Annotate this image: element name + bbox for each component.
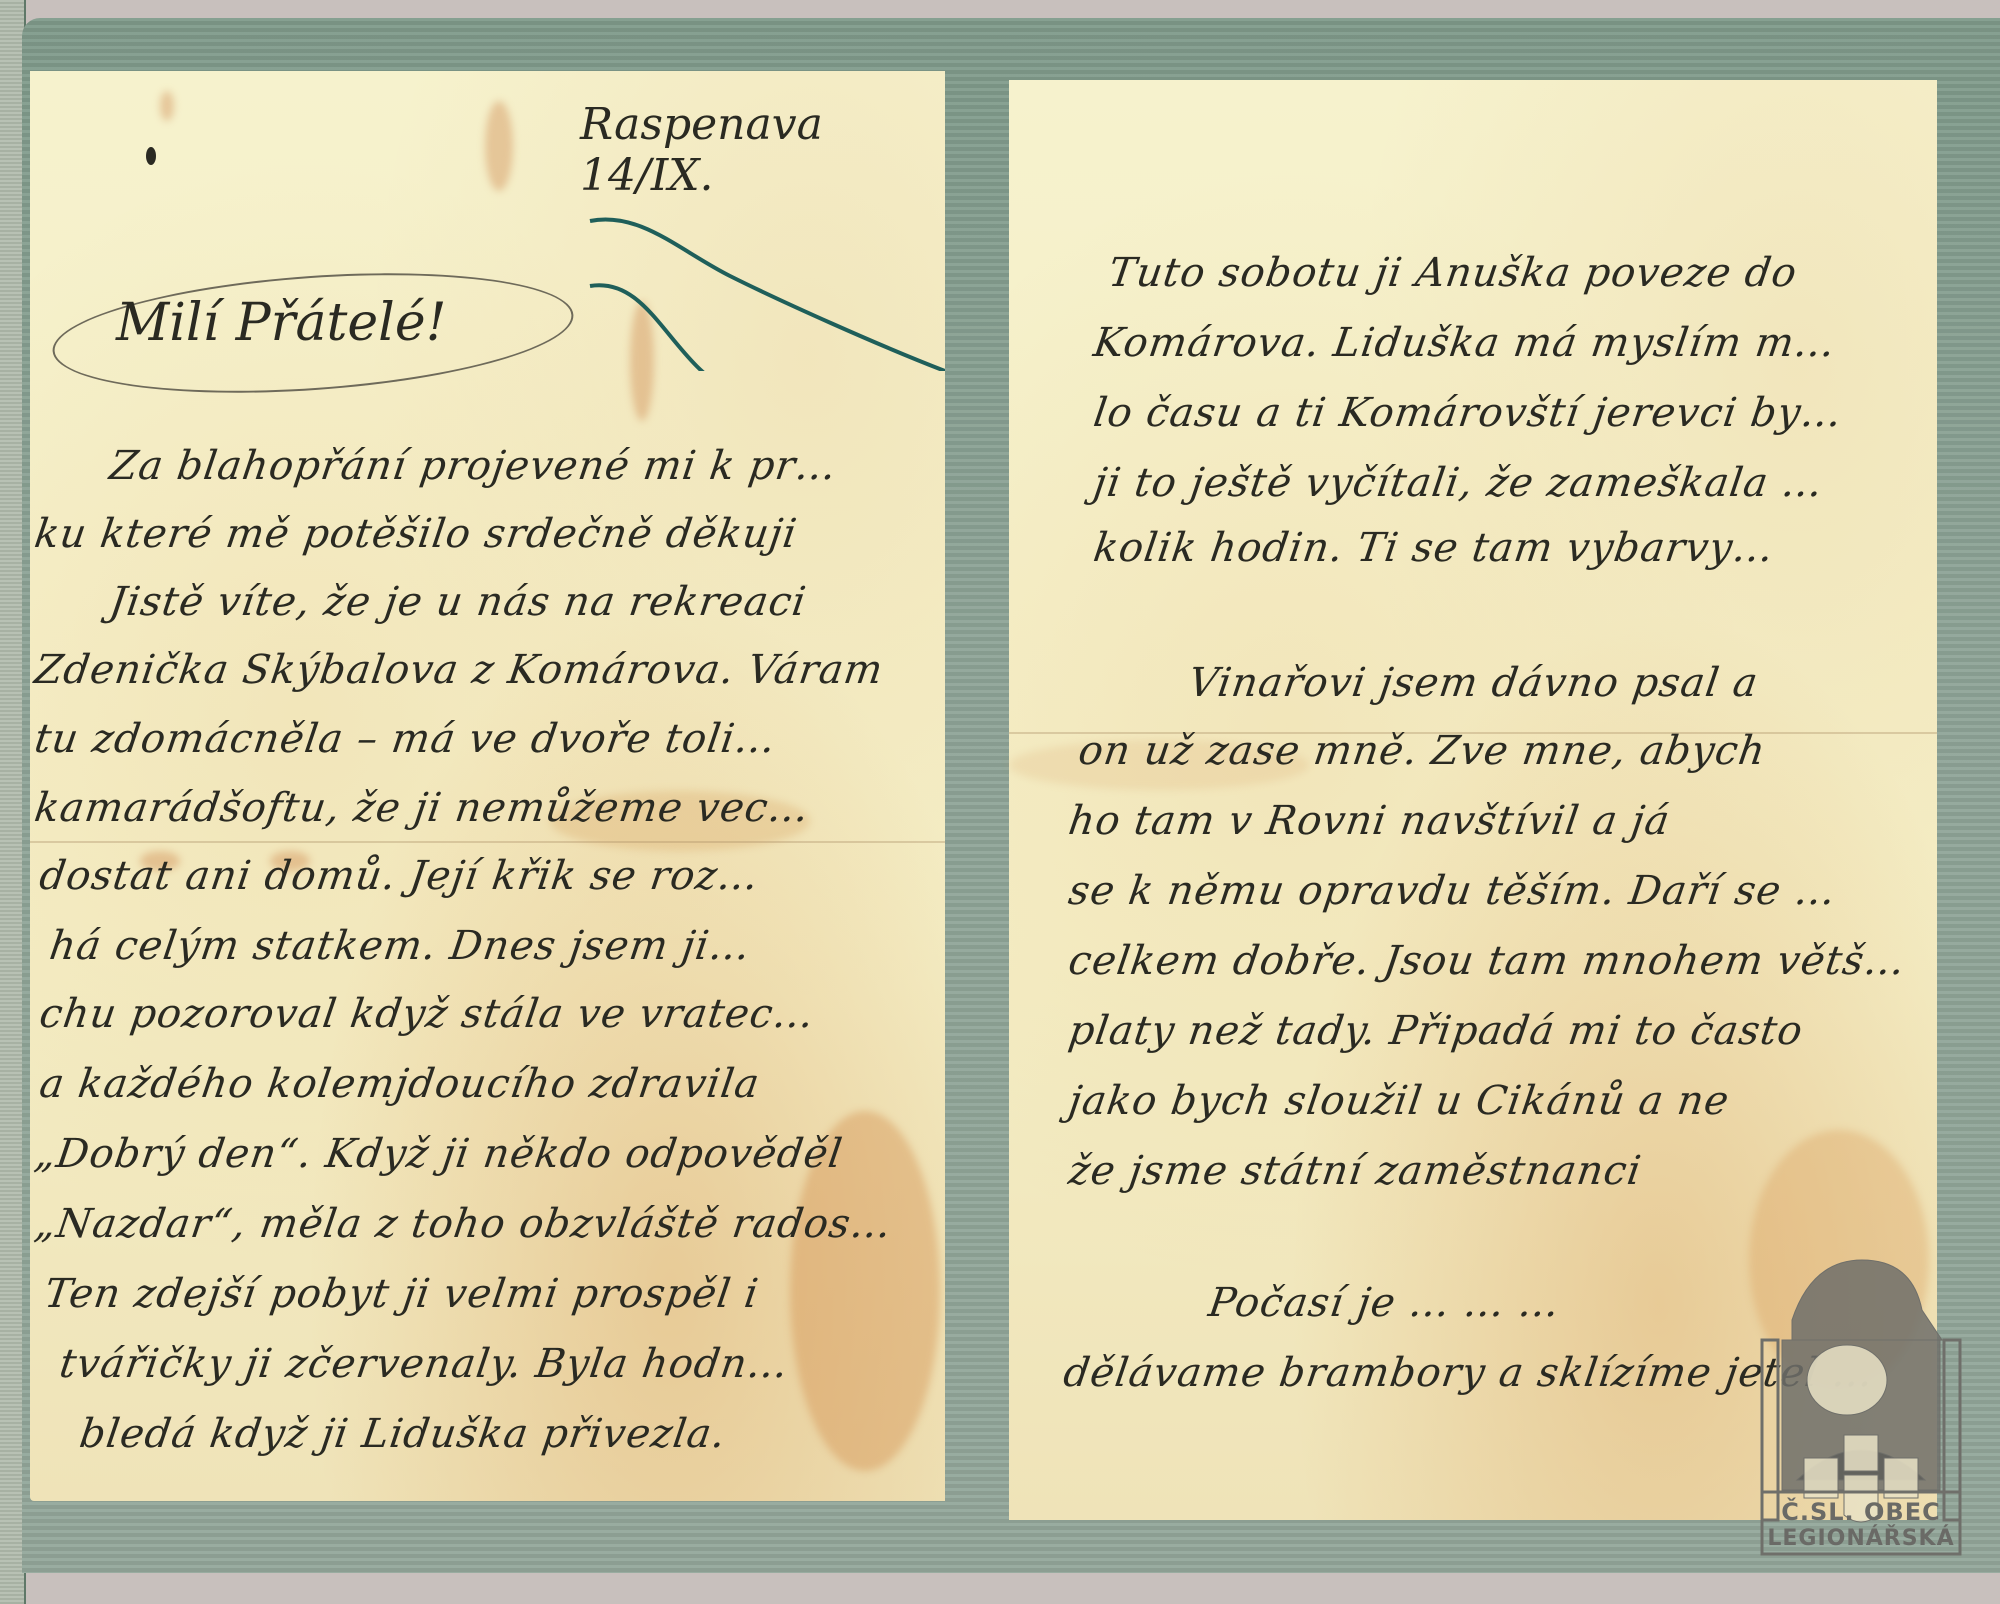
logo-text-line2: LEGIONÁŘSKÁ	[1752, 1526, 1970, 1551]
letter-line: tu zdomácněla – má ve dvoře toli…	[32, 716, 779, 762]
letter-line: Vinařovi jsem dávno psal a	[1186, 660, 1762, 706]
letter-line: platy než tady. Připadá mi to často	[1066, 1008, 1806, 1054]
letter-line: ho tam v Rovni navštívil a já	[1066, 798, 1673, 844]
logo-text-line1: Č.SL. OBEC	[1752, 1498, 1970, 1526]
letter-line: ji to ještě vyčítali, že zameškala …	[1091, 460, 1827, 506]
letter-line: a každého kolemjdoucího zdravila	[37, 1061, 763, 1107]
letter-line: Tuto sobotu ji Anuška poveze do	[1106, 250, 1800, 296]
letter-line: kolik hodin. Ti se tam vybarvy…	[1091, 525, 1777, 571]
letter-line: lo času a ti Komárovští jerevci by…	[1091, 390, 1846, 436]
letter-line: celkem dobře. Jsou tam mnohem větš…	[1066, 938, 1909, 984]
greeting: Milí Přátelé!	[116, 293, 446, 353]
legion-logo: Č.SL. OBEC LEGIONÁŘSKÁ	[1752, 1230, 1970, 1560]
letter-line: Zdenička Skýbalova z Komárova. Váram	[32, 647, 887, 693]
letter-line: dostat ani domů. Její křik se roz…	[37, 853, 762, 899]
letter-line: se k němu opravdu těším. Daří se …	[1066, 868, 1839, 914]
letter-line: „Dobrý den“. Když ji někdo odpověděl	[32, 1131, 846, 1177]
letter-line: ku které mě potěšilo srdečně děkuji	[32, 511, 800, 557]
letter-line: kamarádšoftu, že ji nemůžeme vec…	[32, 785, 813, 831]
letter-line: Za blahopřání projevené mi k pr…	[107, 443, 840, 489]
letter-line: há celým statkem. Dnes jsem ji…	[47, 923, 754, 969]
letter-line: Komárova. Liduška má myslím m…	[1091, 320, 1839, 366]
letter-line: bledá když ji Liduška přivezla.	[77, 1411, 729, 1457]
letter-line: že jsme státní zaměstnanci	[1066, 1148, 1645, 1194]
letter-line: jako bych sloužil u Cikánů a ne	[1066, 1078, 1733, 1124]
letter-line: Ten zdejší pobyt ji velmi prospěl i	[42, 1271, 762, 1317]
letter-line: Jistě víte, že je u nás na rekreaci	[107, 579, 810, 625]
letter-line: Počasí je … … …	[1206, 1280, 1563, 1326]
letter-line: on už zase mně. Zve mne, abych	[1076, 728, 1769, 774]
letter-line: „Nazdar“, měla z toho obzvláště rados…	[32, 1201, 895, 1247]
letter-line: chu pozoroval když stála ve vratec…	[37, 991, 818, 1037]
paper-fold	[30, 841, 945, 843]
letter-line: tvářičky ji zčervenaly. Byla hodn…	[57, 1341, 792, 1387]
letter-page-left: Raspenava 14/IX. Milí Přátelé! Za blahop…	[30, 71, 945, 1501]
